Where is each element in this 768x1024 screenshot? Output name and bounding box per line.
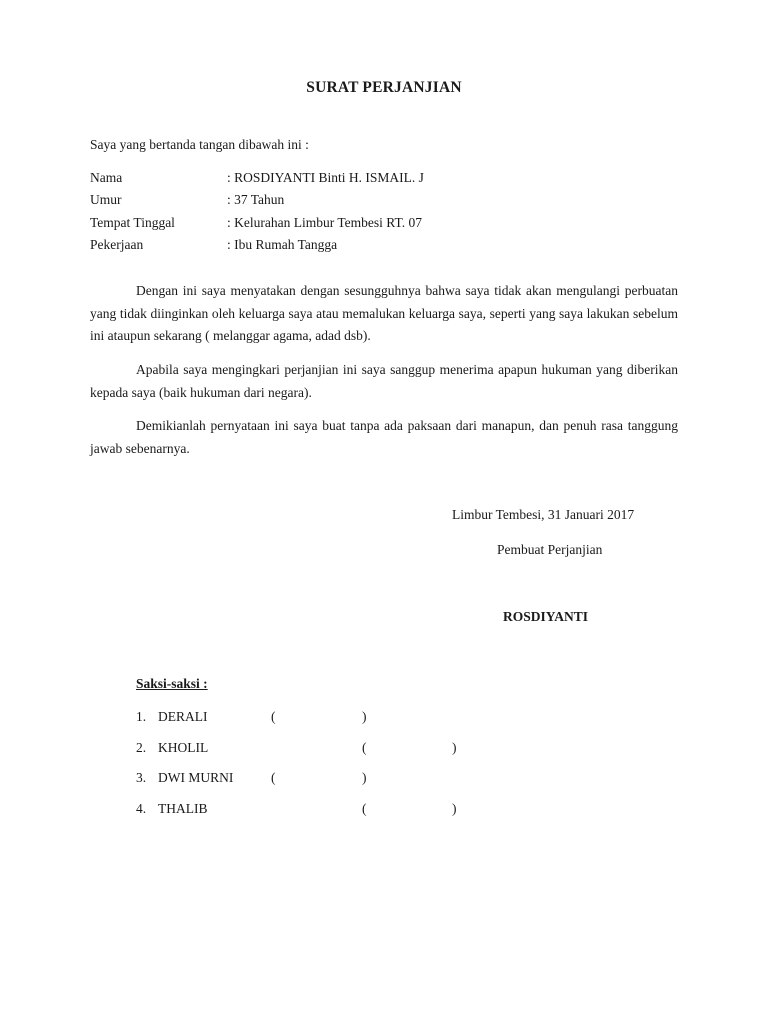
signature-paren-close: ) [452, 801, 457, 817]
witness-name: DWI MURNI [158, 770, 233, 786]
paragraph-statement: Dengan ini saya menyatakan dengan sesung… [90, 280, 678, 348]
witness-number: 1. [136, 709, 146, 725]
field-value-nama: : ROSDIYANTI Binti H. ISMAIL. J [227, 170, 424, 186]
witness-name: DERALI [158, 709, 208, 725]
field-label-pekerjaan: Pekerjaan [90, 237, 143, 253]
paragraph-closing: Demikianlah pernyataan ini saya buat tan… [90, 415, 678, 460]
field-label-tempat-tinggal: Tempat Tinggal [90, 215, 175, 231]
signature-paren-close: ) [362, 709, 367, 725]
field-value-umur: : 37 Tahun [227, 192, 284, 208]
signature-name: ROSDIYANTI [503, 609, 588, 625]
witness-name: THALIB [158, 801, 208, 817]
signature-paren-open: ( [362, 740, 367, 756]
paragraph-consequence: Apabila saya mengingkari perjanjian ini … [90, 359, 678, 404]
field-label-nama: Nama [90, 170, 122, 186]
signature-role: Pembuat Perjanjian [497, 542, 602, 558]
witness-number: 3. [136, 770, 146, 786]
field-label-umur: Umur [90, 192, 122, 208]
intro-text: Saya yang bertanda tangan dibawah ini : [90, 137, 309, 153]
field-value-pekerjaan: : Ibu Rumah Tangga [227, 237, 337, 253]
signature-paren-open: ( [362, 801, 367, 817]
witness-number: 4. [136, 801, 146, 817]
document-title: SURAT PERJANJIAN [0, 79, 768, 97]
witnesses-heading: Saksi-saksi : [136, 676, 208, 692]
witness-name: KHOLIL [158, 740, 208, 756]
signature-paren-close: ) [362, 770, 367, 786]
signature-paren-open: ( [271, 770, 276, 786]
signature-place-date: Limbur Tembesi, 31 Januari 2017 [452, 507, 634, 523]
witness-number: 2. [136, 740, 146, 756]
signature-paren-close: ) [452, 740, 457, 756]
field-value-tempat-tinggal: : Kelurahan Limbur Tembesi RT. 07 [227, 215, 422, 231]
signature-paren-open: ( [271, 709, 276, 725]
